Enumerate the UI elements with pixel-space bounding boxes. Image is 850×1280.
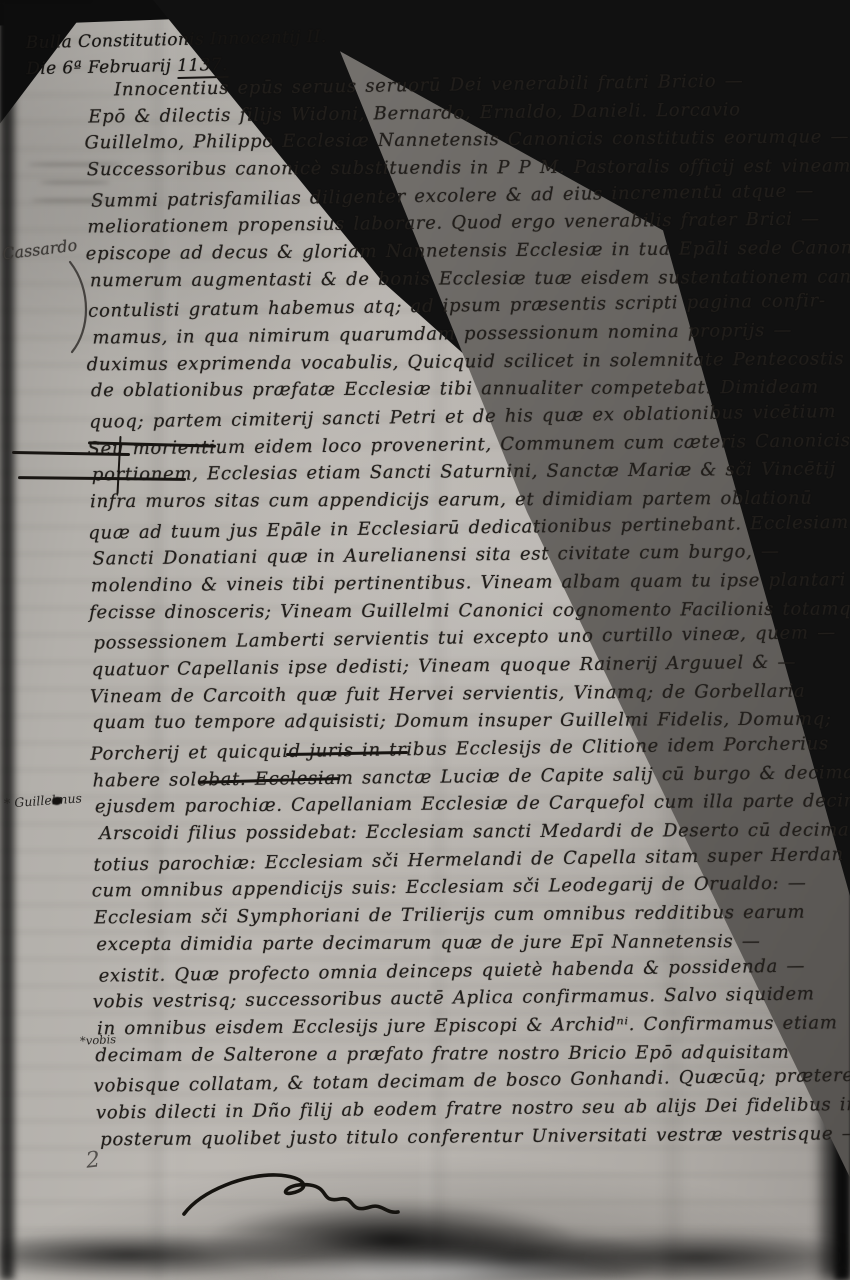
manuscript-body: Innocentius epūs seruus seruorū Dei vene… [84,71,842,1157]
closing-flourish [168,1162,418,1242]
manuscript-photo: Bulla Constitutionis Innocentij II. Die … [0,0,850,1280]
margin-flourish-tail [0,0,120,360]
bottom-light-glow [0,1234,850,1280]
manuscript-line: molendino & vineis tibi pertinentibus. V… [91,569,837,603]
margin-note-vobis: *vobis [80,1032,117,1048]
manuscript-line: in omnibus eisdem Ecclesijs jure Episcop… [97,1012,841,1046]
manuscript-line: episcope ad decus & gloriam Nannetensis … [86,237,834,271]
manuscript-line: posterum quolibet justo titulo conferent… [100,1123,842,1157]
date-year-underlined: 1137. [177,55,228,79]
page-number: 2 [85,1147,102,1173]
